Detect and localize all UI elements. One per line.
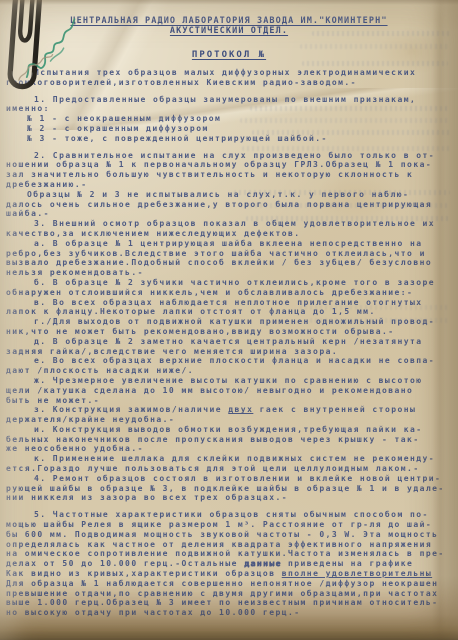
document-line: дают /плоскость насадки ниже/.: [6, 366, 452, 376]
document-line: г./Для выходов от подвижной катушки прим…: [34, 317, 452, 327]
document-content: ЦЕНТРАЛЬНАЯ РАДИО ЛАБОРАТОРИЯ ЗАВОДА ИМ.…: [0, 0, 458, 640]
document-line: № 1 - с неокрашенным диффузором: [27, 114, 452, 124]
document-line: Испытания трех образцов малых диффузорны…: [34, 68, 452, 78]
document-line: ж. Чрезмерное увеличение высоты катушки …: [34, 376, 452, 386]
document-line: превышение отдачи,по сравнению с двумя д…: [6, 589, 452, 599]
document-line: выше 1.000 герц.Образец № 3 имеет по неи…: [6, 598, 452, 608]
document-line: 2. Сравнительное испытание на слух произ…: [34, 151, 452, 161]
scanned-document-photo: ЦЕНТРАЛЬНАЯ РАДИО ЛАБОРАТОРИЯ ЗАВОДА ИМ.…: [0, 0, 458, 640]
photo-bottom-edge-shadow: [0, 625, 458, 640]
document-line: 3. Внешний осмотр образцов показал в общ…: [34, 219, 452, 229]
document-line: нельзя рекомендовать.-: [6, 268, 452, 278]
document-line: зал значительно большую чувствительность…: [6, 170, 452, 180]
document-line: вызвало дребезжание.Подобный способ вкле…: [6, 258, 452, 268]
document-line: Для образца № 1 наблюдается совершенно н…: [6, 579, 452, 589]
document-line: и. Конструкция выводов обмотки возбужден…: [34, 425, 452, 435]
document-line: рующей шайбы в образце № 3, в подклейке …: [6, 484, 452, 494]
document-line: громкоговорителей,изготовленных Киевским…: [6, 78, 452, 88]
document-line: к. Применение шеллака для склейки подвиж…: [34, 454, 452, 464]
document-line: 5. Частотные характеристики образцов сня…: [34, 510, 452, 520]
document-line: е. Во всех образцах верхние плоскости фл…: [34, 356, 452, 366]
document-line: ется.Гораздо лучше пользоваться для этой…: [6, 464, 452, 474]
document-line: бы 600 мм. Подводимая мощность звуковой …: [6, 530, 452, 540]
document-line: Как видно из кривых,характеристики образ…: [6, 569, 452, 579]
document-line: мощью шайбы Релея в ящике размером 1 м³.…: [6, 520, 452, 530]
document-line: бельных наконечников после пропускания в…: [6, 435, 452, 445]
document-line: 4. Ремонт образцов состоял в изготовлени…: [34, 474, 452, 484]
document-line: обнаружен отслоившийся никкель,чем и обс…: [6, 288, 452, 298]
document-line: ребро,без зубчиков.Вследствие этого шайб…: [6, 249, 452, 259]
document-line: № 2 - с окрашенным диффузором: [27, 124, 452, 134]
document-line: шайба.-: [6, 209, 452, 219]
document-line: быть не может.-: [6, 396, 452, 406]
document-line: в. Во всех образцах наблюдается неплотно…: [34, 298, 452, 308]
photo-top-edge-shadow: [0, 0, 458, 5]
document-line: 1. Предоставленные образцы занумерованы …: [34, 95, 452, 105]
document-line: на омическое сопротивление подвижной кат…: [6, 549, 452, 559]
document-line: нии никкеля из зазора во всех трех образ…: [6, 493, 452, 503]
document-line: но высокую отдачу при частотах до 10.000…: [6, 608, 452, 618]
document-line: лапок к фланцу.Некоторые лапки отстоят о…: [6, 307, 452, 317]
document-line: щели /катушка сделана до 10 мм высотою/ …: [6, 386, 452, 396]
document-line: определялась как частное от деления квад…: [6, 540, 452, 550]
document-line: далось очень сильное дребезжание,у второ…: [6, 200, 452, 210]
document-line: дребезжанию.-: [6, 180, 452, 190]
document-line: держателя/крайне неудобна.-: [6, 415, 452, 425]
document-line: Образцы № 2 и 3 не испытывались на слух,…: [27, 190, 452, 200]
document-line: задняя гайка/,вследствие чего меняется ш…: [6, 347, 452, 357]
document-line: делах от 50 до 10.000 герц.-Остальные да…: [6, 559, 452, 569]
document-line: б. В образце № 2 зубчики частично отклеи…: [34, 278, 452, 288]
document-line: ношении образца № 1 к первоначальному об…: [6, 160, 452, 170]
document-line: же неособенно удобна.-: [6, 444, 452, 454]
document-line: № 3 - тоже, с поврежденной центрирующей …: [27, 134, 452, 144]
document-body: Испытания трех образцов малых диффузорны…: [6, 68, 452, 618]
document-line: з. Конструкция зажимов/наличие двух гаек…: [34, 405, 452, 415]
document-line: ник,что не может быть рекомендовано,ввид…: [6, 327, 452, 337]
document-line: д. В образце № 2 заметно качается центра…: [34, 337, 452, 347]
document-line: качество,за исключением нижеследующих де…: [6, 229, 452, 239]
document-line: именно:: [6, 104, 452, 114]
document-line: а. В образце № 1 центрирующая шайба вкле…: [34, 239, 452, 249]
